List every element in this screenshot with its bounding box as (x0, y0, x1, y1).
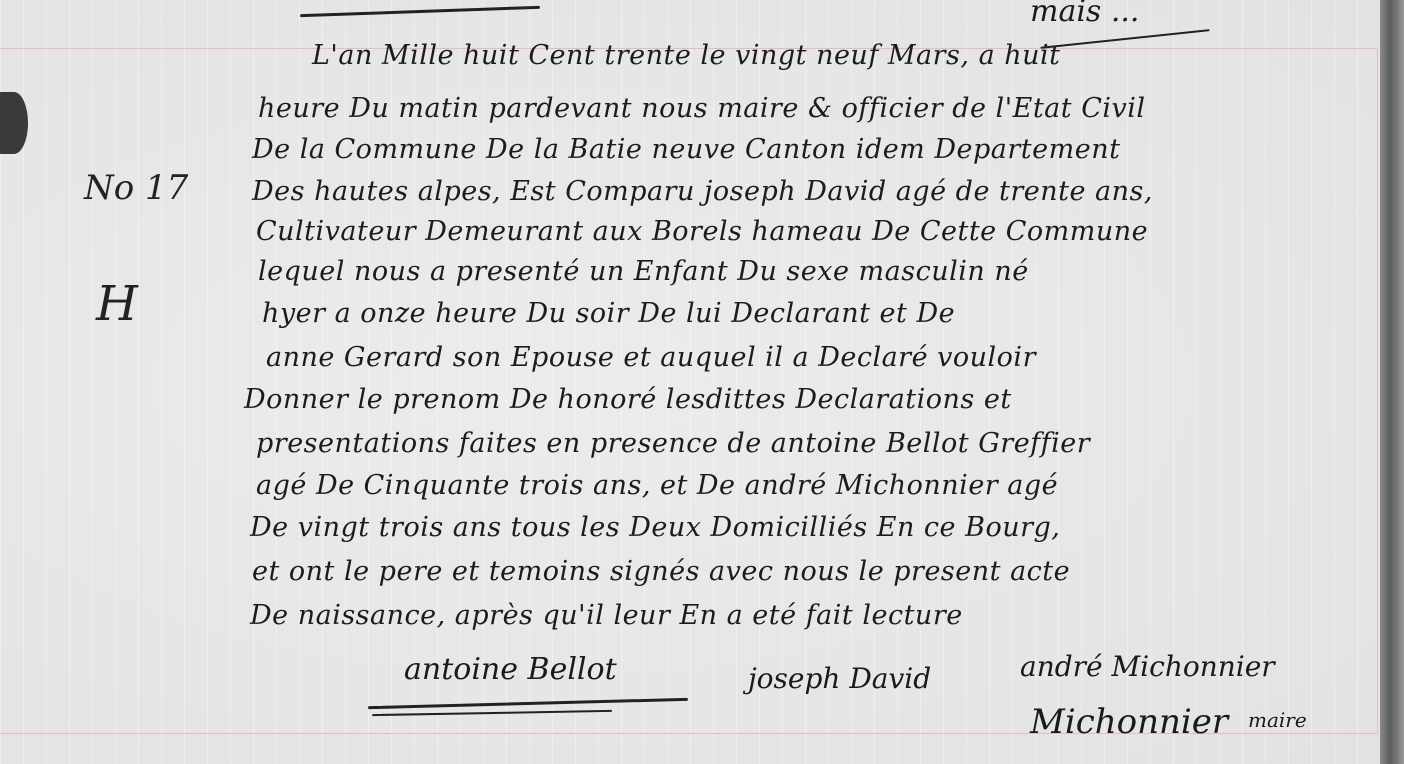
signature-witness-1: antoine Bellot (404, 652, 617, 687)
text-line: et ont le pere et temoins signés avec no… (252, 556, 1070, 587)
register-page: mais ... No 17 H L'an Mille huit Cent tr… (0, 0, 1380, 764)
entry-number: No 17 (84, 168, 188, 208)
signature-flourish (372, 710, 612, 716)
mayor-title: maire (1248, 708, 1307, 732)
text-line: anne Gerard son Epouse et auquel il a De… (266, 342, 1036, 373)
text-line: heure Du matin pardevant nous maire & of… (258, 93, 1146, 124)
text-line: hyer a onze heure Du soir De lui Declara… (262, 298, 955, 329)
previous-entry-flourish (300, 6, 540, 17)
entry-initial: H (96, 276, 138, 332)
text-line: presentations faites en presence de anto… (256, 428, 1090, 459)
book-binding-edge (1380, 0, 1404, 764)
ink-blot (0, 92, 28, 154)
text-line: De naissance, après qu'il leur En a eté … (250, 600, 963, 631)
text-line: Cultivateur Demeurant aux Borels hameau … (256, 216, 1148, 247)
previous-entry-signature: mais ... (1030, 0, 1139, 29)
signature-witness-2: andré Michonnier (1020, 650, 1275, 683)
text-line: Des hautes alpes, Est Comparu joseph Dav… (252, 176, 1153, 207)
text-line: De vingt trois ans tous les Deux Domicil… (250, 512, 1060, 543)
text-line: agé De Cinquante trois ans, et De andré … (256, 470, 1058, 501)
previous-signature-flourish (1040, 29, 1209, 49)
text-line: De la Commune De la Batie neuve Canton i… (252, 134, 1120, 165)
text-line: L'an Mille huit Cent trente le vingt neu… (312, 40, 1061, 71)
signature-father: joseph David (748, 662, 931, 695)
text-line: Donner le prenom De honoré lesdittes Dec… (244, 384, 1012, 415)
margin-rule-right (1377, 48, 1378, 734)
text-line: lequel nous a presenté un Enfant Du sexe… (258, 256, 1029, 287)
signature-flourish (368, 698, 688, 709)
signature-mayor: Michonnier (1030, 702, 1228, 742)
